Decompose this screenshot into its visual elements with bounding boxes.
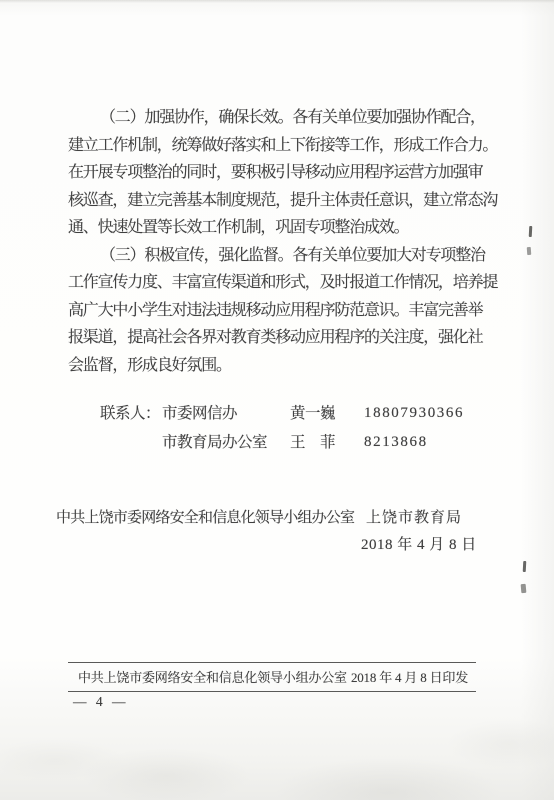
paragraph-line: 高广大中小学生对违法违规移动应用程序防范意识。丰富完善举	[68, 297, 492, 325]
paragraph-line: （三）积极宣传，强化监督。各有关单位要加大对专项整治	[68, 242, 492, 270]
contact-org: 市委网信办	[162, 399, 290, 428]
contact-label	[68, 428, 162, 457]
binding-mark	[529, 226, 533, 237]
binding-mark	[523, 561, 527, 572]
paragraph-line: 核巡查，建立完善基本制度规范，提升主体责任意识，建立常态沟	[68, 187, 492, 215]
binding-mark	[521, 584, 527, 593]
paragraph-coordination: （二）加强协作，确保长效。各有关单位要加强协作配合， 建立工作机制，统筹做好落实…	[68, 104, 492, 242]
paragraph-line: 在开展专项整治的同时，要积极引导移动应用程序运营方加强审	[68, 159, 492, 187]
contact-phone: 18807930366	[364, 399, 464, 428]
paragraph-line: 通、快速处置等长效工作机制，巩固专项整治成效。	[68, 214, 492, 242]
imprint-org: 中共上饶市委网络安全和信息化领导小组办公室	[78, 667, 347, 686]
scan-top-edge	[0, 0, 554, 3]
contact-name: 黄一巍	[290, 399, 364, 428]
paragraph-line: 建立工作机制，统筹做好落实和上下衔接等工作，形成工作合力。	[68, 132, 492, 160]
contact-name: 王 菲	[290, 428, 364, 457]
imprint-date: 2018 年 4 月 8 日印发	[351, 667, 468, 686]
contact-block: 联系人： 市委网信办 黄一巍 18807930366 市教育局办公室 王 菲 8…	[68, 399, 492, 457]
contact-row: 市教育局办公室 王 菲 8213868	[68, 428, 492, 457]
signature-date: 2018 年 4 月 8 日	[361, 533, 477, 554]
contact-phone: 8213868	[364, 428, 428, 457]
contact-label: 联系人：	[68, 399, 162, 428]
page-number: — 4 —	[73, 694, 129, 710]
paragraph-publicity: （三）积极宣传，强化监督。各有关单位要加大对专项整治 工作宣传力度、丰富宣传渠道…	[68, 242, 492, 380]
signature-org-left: 中共上饶市委网络安全和信息化领导小组办公室	[56, 506, 354, 527]
paragraph-line: 会监督，形成良好氛围。	[68, 352, 492, 380]
signature-org-right: 上饶市教育局	[366, 506, 462, 527]
paragraph-line: 报渠道，提高社会各界对教育类移动应用程序的关注度，强化社	[68, 324, 492, 352]
binding-mark	[527, 247, 532, 255]
document-page: （二）加强协作，确保长效。各有关单位要加强协作配合， 建立工作机制，统筹做好落实…	[0, 0, 554, 800]
body-text: （二）加强协作，确保长效。各有关单位要加强协作配合， 建立工作机制，统筹做好落实…	[68, 104, 492, 379]
contact-row: 联系人： 市委网信办 黄一巍 18807930366	[68, 399, 492, 428]
paragraph-line: （二）加强协作，确保长效。各有关单位要加强协作配合，	[68, 104, 492, 132]
paragraph-line: 工作宣传力度、丰富宣传渠道和形式，及时报道工作情况，培养提	[68, 269, 492, 297]
imprint-footer: 中共上饶市委网络安全和信息化领导小组办公室 2018 年 4 月 8 日印发	[68, 662, 476, 692]
contact-org: 市教育局办公室	[162, 428, 290, 457]
